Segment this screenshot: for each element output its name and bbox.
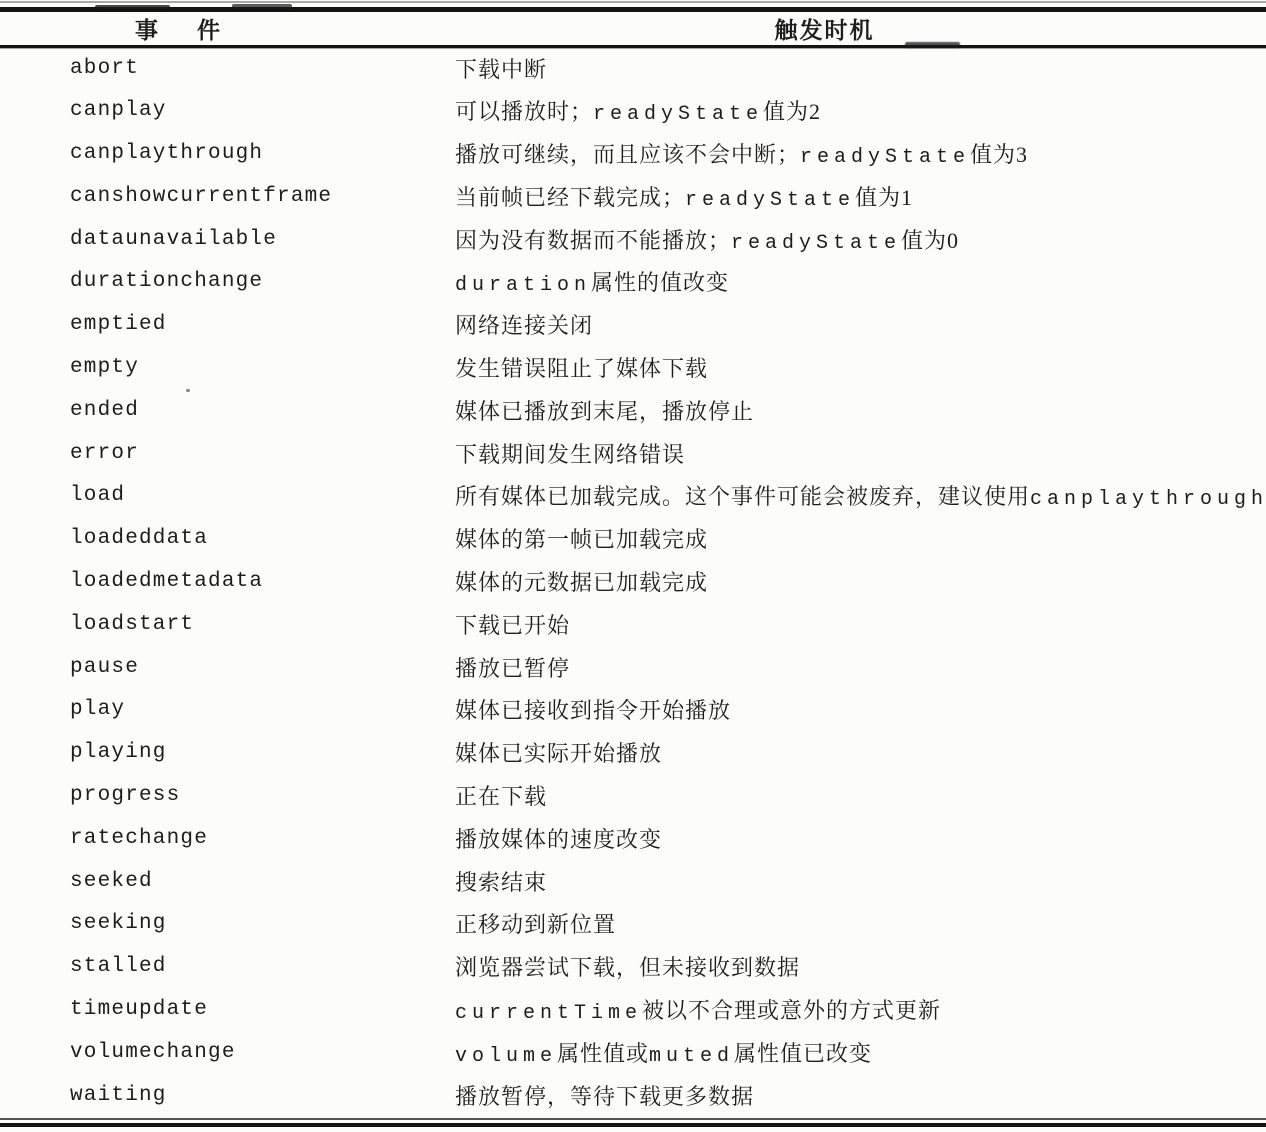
code-token: readyState (800, 146, 970, 169)
scan-speck (186, 389, 190, 392)
table-row: abort下载中断 (0, 47, 1266, 90)
description-text: 网络连接关闭 (455, 313, 593, 338)
event-description: 因为没有数据而不能播放；readyState值为0 (455, 218, 1266, 261)
table-row: loadstart下载已开始 (0, 603, 1266, 646)
event-description: 播放媒体的速度改变 (455, 817, 1266, 860)
description-text: 搜索结束 (455, 870, 547, 895)
code-token: muted (649, 1045, 734, 1068)
description-text: 正在下载 (455, 784, 547, 809)
event-name: durationchange (0, 260, 455, 303)
event-description: 媒体已实际开始播放 (455, 731, 1266, 774)
table-row: waiting播放暂停，等待下载更多数据 (0, 1074, 1266, 1117)
table-body: abort下载中断canplay可以播放时；readyState值为2canpl… (0, 47, 1266, 1117)
event-description: 播放已暂停 (455, 646, 1266, 689)
scan-smudge (232, 4, 292, 9)
table-row: pause播放已暂停 (0, 646, 1266, 689)
event-name: pause (0, 646, 455, 689)
description-text: 属性值已改变 (734, 1041, 872, 1066)
description-text: 因为没有数据而不能播放； (455, 228, 731, 253)
table-row: load所有媒体已加载完成。这个事件可能会被废弃，建议使用canplaythro… (0, 474, 1266, 517)
table-top-rule-thin (0, 1, 1266, 3)
description-text: 可以播放时； (455, 99, 593, 124)
description-text: 媒体的第一帧已加载完成 (455, 527, 708, 552)
event-description: 网络连接关闭 (455, 303, 1266, 346)
table-row: volumechangevolume属性值或muted属性值已改变 (0, 1031, 1266, 1074)
event-name: timeupdate (0, 988, 455, 1031)
event-name: volumechange (0, 1031, 455, 1074)
table-row: progress正在下载 (0, 774, 1266, 817)
event-name: seeking (0, 902, 455, 945)
event-description: 媒体的第一帧已加载完成 (455, 517, 1266, 560)
table-row: play媒体已接收到指令开始播放 (0, 688, 1266, 731)
event-description: duration属性的值改变 (455, 260, 1266, 303)
description-text: 下载已开始 (455, 613, 570, 638)
description-text: 所有媒体已加载完成。这个事件可能会被废弃，建议使用 (455, 484, 1030, 509)
table-header: 事 件 触发时机 (0, 12, 1266, 47)
table-row: loadeddata媒体的第一帧已加载完成 (0, 517, 1266, 560)
code-token: currentTime (455, 1002, 642, 1025)
event-name: seeked (0, 860, 455, 903)
description-text: 发生错误阻止了媒体下载 (455, 356, 708, 381)
event-name: play (0, 688, 455, 731)
description-text: 播放已暂停 (455, 656, 570, 681)
event-description: currentTime被以不合理或意外的方式更新 (455, 988, 1266, 1031)
table-row: error下载期间发生网络错误 (0, 432, 1266, 475)
event-description: 正在下载 (455, 774, 1266, 817)
table-row: timeupdatecurrentTime被以不合理或意外的方式更新 (0, 988, 1266, 1031)
event-name: stalled (0, 945, 455, 988)
event-description: 媒体的元数据已加载完成 (455, 560, 1266, 603)
event-name: ended (0, 389, 455, 432)
table-row: canplay可以播放时；readyState值为2 (0, 89, 1266, 132)
event-description: 下载中断 (455, 47, 1266, 90)
code-token: canplaythrough (1030, 488, 1266, 511)
table-row: durationchangeduration属性的值改变 (0, 260, 1266, 303)
description-text: 播放可继续，而且应该不会中断； (455, 142, 800, 167)
table-row: emptied网络连接关闭 (0, 303, 1266, 346)
description-text: 下载期间发生网络错误 (455, 442, 685, 467)
code-token: readyState (593, 103, 763, 126)
code-token: volume (455, 1045, 557, 1068)
event-name: canplaythrough (0, 132, 455, 175)
table-bottom-rule-thick (0, 1123, 1266, 1127)
table-row: seeking正移动到新位置 (0, 902, 1266, 945)
description-text: 值为3 (970, 142, 1028, 167)
event-description: 发生错误阻止了媒体下载 (455, 346, 1266, 389)
description-text: 媒体已实际开始播放 (455, 741, 662, 766)
event-name: loadedmetadata (0, 560, 455, 603)
event-name: error (0, 432, 455, 475)
description-text: 播放媒体的速度改变 (455, 827, 662, 852)
event-description: 可以播放时；readyState值为2 (455, 89, 1266, 132)
media-events-table: 事 件 触发时机 abort下载中断canplay可以播放时；readyStat… (0, 12, 1266, 1116)
event-description: 下载已开始 (455, 603, 1266, 646)
event-name: emptied (0, 303, 455, 346)
event-name: dataunavailable (0, 218, 455, 261)
code-token: duration (455, 274, 591, 297)
table-row: canshowcurrentframe当前帧已经下载完成；readyState值… (0, 175, 1266, 218)
event-name: load (0, 474, 455, 517)
table-row: loadedmetadata媒体的元数据已加载完成 (0, 560, 1266, 603)
code-token: readyState (685, 189, 855, 212)
table-row: stalled浏览器尝试下载，但未接收到数据 (0, 945, 1266, 988)
event-name: empty (0, 346, 455, 389)
table-row: canplaythrough播放可继续，而且应该不会中断；readyState值… (0, 132, 1266, 175)
description-text: 属性的值改变 (591, 270, 729, 295)
event-name: loadeddata (0, 517, 455, 560)
table-row: empty发生错误阻止了媒体下载 (0, 346, 1266, 389)
code-token: readyState (731, 232, 901, 255)
event-description: 下载期间发生网络错误 (455, 432, 1266, 475)
event-name: progress (0, 774, 455, 817)
event-description: 搜索结束 (455, 860, 1266, 903)
table-row: ratechange播放媒体的速度改变 (0, 817, 1266, 860)
description-text: 当前帧已经下载完成； (455, 185, 685, 210)
table-bottom-rule-thin (0, 1118, 1266, 1120)
event-description: 当前帧已经下载完成；readyState值为1 (455, 175, 1266, 218)
description-text: 值为0 (901, 228, 959, 253)
description-text: 浏览器尝试下载，但未接收到数据 (455, 955, 800, 980)
table-row: seeked搜索结束 (0, 860, 1266, 903)
table-row: dataunavailable因为没有数据而不能播放；readyState值为0 (0, 218, 1266, 261)
event-name: abort (0, 47, 455, 90)
event-description: 播放暂停，等待下载更多数据 (455, 1074, 1266, 1117)
event-description: volume属性值或muted属性值已改变 (455, 1031, 1266, 1074)
scan-smudge (905, 42, 960, 48)
description-text: 值为2 (763, 99, 821, 124)
event-name: playing (0, 731, 455, 774)
event-name: ratechange (0, 817, 455, 860)
table-row: ended媒体已播放到末尾，播放停止 (0, 389, 1266, 432)
event-description: 媒体已播放到末尾，播放停止 (455, 389, 1266, 432)
event-description: 媒体已接收到指令开始播放 (455, 688, 1266, 731)
scan-smudge (95, 5, 170, 9)
description-text: 播放暂停，等待下载更多数据 (455, 1084, 754, 1109)
description-text: 值为1 (855, 185, 913, 210)
scanned-book-page: 事 件 触发时机 abort下载中断canplay可以播放时；readyStat… (0, 0, 1266, 1132)
event-description: 正移动到新位置 (455, 902, 1266, 945)
description-text: 媒体已播放到末尾，播放停止 (455, 399, 754, 424)
event-description: 播放可继续，而且应该不会中断；readyState值为3 (455, 132, 1266, 175)
description-text: 下载中断 (455, 57, 547, 82)
event-name: canplay (0, 89, 455, 132)
header-row: 事 件 触发时机 (0, 12, 1266, 47)
event-name: waiting (0, 1074, 455, 1117)
description-text: 正移动到新位置 (455, 912, 616, 937)
description-text: 媒体的元数据已加载完成 (455, 570, 708, 595)
event-description: 所有媒体已加载完成。这个事件可能会被废弃，建议使用canplaythrough (455, 474, 1266, 517)
event-name: canshowcurrentframe (0, 175, 455, 218)
event-name: loadstart (0, 603, 455, 646)
table-row: playing媒体已实际开始播放 (0, 731, 1266, 774)
column-header-event: 事 件 (0, 12, 455, 47)
event-description: 浏览器尝试下载，但未接收到数据 (455, 945, 1266, 988)
description-text: 被以不合理或意外的方式更新 (642, 998, 941, 1023)
description-text: 媒体已接收到指令开始播放 (455, 698, 731, 723)
description-text: 属性值或 (557, 1041, 649, 1066)
column-header-trigger-timing: 触发时机 (455, 12, 1266, 47)
